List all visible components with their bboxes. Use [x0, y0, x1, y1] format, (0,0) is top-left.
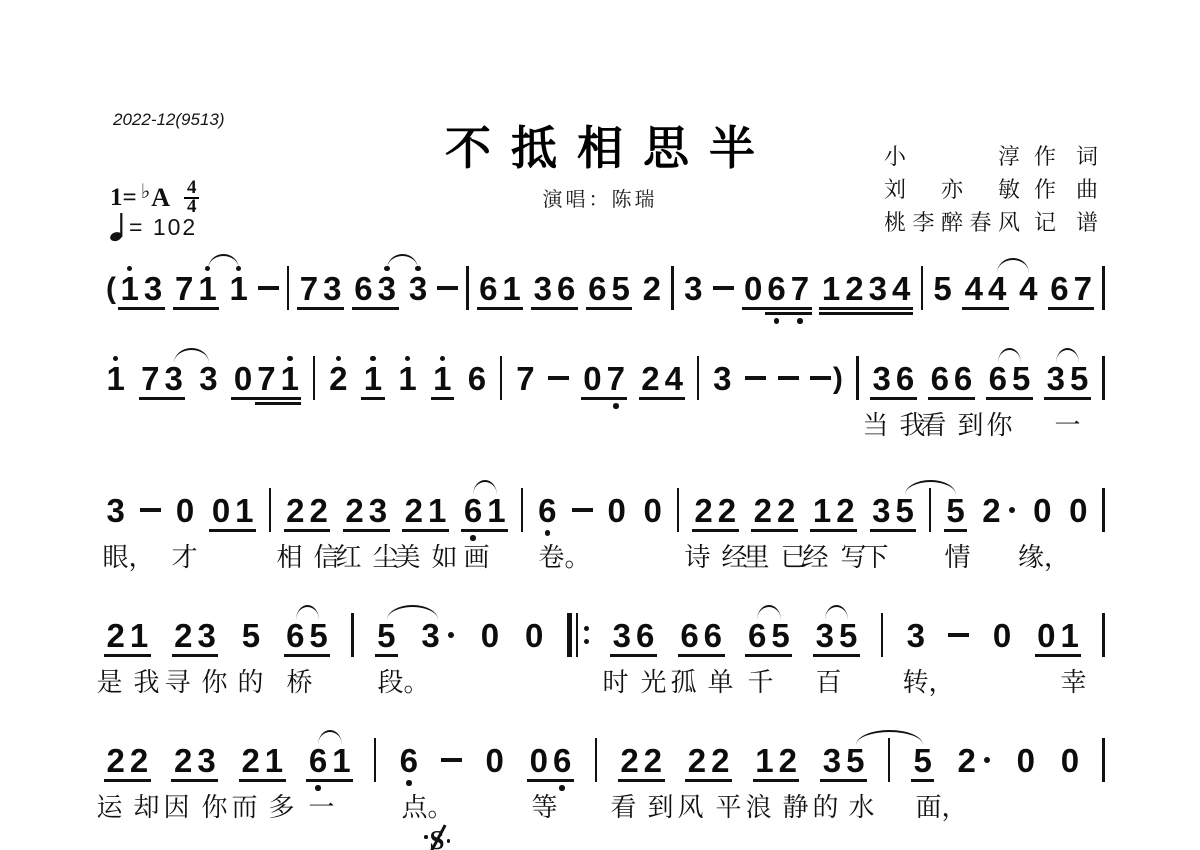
underline: [477, 307, 500, 310]
lyric-syllable: 经: [803, 541, 829, 575]
note: 7: [255, 362, 278, 395]
underline: [870, 397, 893, 400]
lyric-syllable: 风: [678, 791, 704, 825]
underline: [375, 307, 398, 310]
note-group: 0: [1014, 744, 1037, 777]
lyric-syllable: 桥: [287, 666, 313, 700]
note-group: 067: [742, 272, 812, 305]
quarter-note-icon: [110, 212, 124, 242]
lyric-syllable: 你: [202, 666, 228, 700]
underline: [307, 529, 330, 532]
underline: [985, 307, 1008, 310]
note: 0: [581, 362, 604, 395]
tempo-value: = 102: [129, 214, 197, 241]
lyric-syllable: 因: [164, 791, 190, 825]
note: 1: [127, 619, 150, 652]
underline: [195, 779, 218, 782]
barline: [1102, 738, 1105, 782]
note: 6: [678, 619, 701, 652]
note: 1: [819, 272, 842, 305]
underline: [819, 312, 842, 315]
dash-note: [140, 508, 161, 512]
note: 2: [685, 744, 708, 777]
underline: [769, 654, 792, 657]
barline: [921, 266, 924, 310]
tie-arc: [757, 605, 781, 620]
lyric-syllable: 多: [269, 791, 295, 825]
note-group: 36: [870, 362, 917, 395]
note: 7: [604, 362, 627, 395]
note: 2: [104, 744, 127, 777]
note: 3: [162, 362, 185, 395]
note-group: 1234: [819, 272, 912, 305]
underline: [776, 779, 799, 782]
underline: [1048, 307, 1071, 310]
note-group: 22: [284, 494, 331, 527]
tie-arc: [825, 605, 848, 620]
octave-dot-high: [336, 356, 342, 362]
note: 1: [1058, 619, 1081, 652]
lyrics-row: 是我寻你的桥段。时光孤单千百转，幸: [104, 666, 1105, 702]
underline: [375, 654, 398, 657]
note: 0: [1031, 494, 1054, 527]
note: 3: [904, 619, 927, 652]
note: 3: [141, 272, 164, 305]
note: 3: [104, 494, 127, 527]
underline: [1067, 397, 1090, 400]
lyric-syllable: 寻: [165, 666, 191, 700]
note: 1: [485, 494, 508, 527]
note-group: 2: [327, 362, 350, 395]
barline: [521, 488, 524, 532]
note: 0: [1014, 744, 1037, 777]
note: 7: [297, 272, 320, 305]
note-group: 73: [297, 272, 344, 305]
note: 0: [990, 619, 1013, 652]
lyric-syllable: 点。: [402, 791, 454, 825]
underline: [753, 779, 776, 782]
note-group: 36: [610, 619, 657, 652]
underline: [774, 529, 797, 532]
note: 4: [1017, 272, 1040, 305]
underline: [889, 312, 912, 315]
notes-row: 300122232161600222212355200: [104, 490, 1105, 530]
composer-role: 作曲: [1034, 173, 1098, 206]
underline: [844, 779, 867, 782]
augmentation-dot: [1009, 507, 1015, 513]
underline: [765, 307, 788, 310]
note: 6: [928, 362, 951, 395]
lyric-syllable: 相: [277, 541, 303, 575]
octave-dot-high: [440, 356, 446, 362]
lyric-syllable: 红: [336, 541, 362, 575]
octave-dot-low: [406, 780, 412, 786]
music-line-5: 222321616006222212355200 运却因你而多一点。等看到风平浪…: [104, 740, 1105, 780]
note: 2: [618, 744, 641, 777]
underline: [715, 529, 738, 532]
underline: [751, 529, 774, 532]
note: 3: [375, 272, 398, 305]
note: 0: [478, 619, 501, 652]
note: 3: [813, 619, 836, 652]
note-group: 2: [640, 272, 663, 305]
note-group: 12: [753, 744, 800, 777]
lyric-syllable: 我: [134, 666, 160, 700]
transcriber-role: 记谱: [1034, 206, 1098, 239]
note-group: 21: [402, 494, 449, 527]
note: 6: [550, 744, 573, 777]
lyric-syllable: 画: [464, 541, 490, 575]
underline: [866, 312, 889, 315]
note-group: 23: [343, 494, 390, 527]
barline: [269, 488, 272, 532]
note-group: 06: [527, 744, 574, 777]
note: 3: [406, 272, 429, 305]
note: 0: [1067, 494, 1090, 527]
note-group: 6: [397, 744, 420, 777]
note-group: 22: [692, 494, 739, 527]
underline: [609, 307, 632, 310]
note-group: 61: [461, 494, 508, 527]
note: 6: [745, 619, 768, 652]
underline: [692, 529, 715, 532]
octave-dot-high: [370, 356, 376, 362]
note: 1: [196, 272, 219, 305]
underline: [928, 397, 951, 400]
note: 3: [610, 619, 633, 652]
note: 2: [776, 744, 799, 777]
barline: [1102, 356, 1105, 400]
barline: [500, 356, 503, 400]
note: 0: [605, 494, 628, 527]
underline: [172, 654, 195, 657]
underline: [284, 654, 307, 657]
key-signature: 1=♭A 4 4: [110, 180, 199, 215]
underline: [1009, 397, 1032, 400]
underline: [239, 779, 262, 782]
note-group: 65: [986, 362, 1033, 395]
barline: [466, 266, 469, 310]
underline: [962, 307, 985, 310]
underline: [255, 402, 278, 405]
music-line-4: 21235655300366665353001 是我寻你的桥段。时光孤单千百转，…: [104, 615, 1105, 655]
underline: [307, 654, 330, 657]
note: 6: [586, 272, 609, 305]
underline: [843, 312, 866, 315]
lyricist-role: 作词: [1034, 140, 1098, 173]
note-group: 3: [197, 362, 220, 395]
note-group: 1: [104, 362, 127, 395]
lyric-syllable: 一: [309, 791, 335, 825]
note: 5: [307, 619, 330, 652]
underline: [278, 402, 301, 405]
note: 6: [465, 362, 488, 395]
underline: [321, 307, 344, 310]
octave-dot-low: [613, 403, 619, 409]
note: 3: [197, 362, 220, 395]
note: 6: [536, 494, 559, 527]
note: 6: [893, 362, 916, 395]
underline: [425, 529, 448, 532]
barline: [697, 356, 700, 400]
octave-dot-low: [559, 785, 565, 791]
octave-dot-low: [545, 530, 551, 536]
underline: [209, 529, 232, 532]
note-group: 66: [678, 619, 725, 652]
note-group: 21: [104, 619, 151, 652]
note: 5: [1009, 362, 1032, 395]
note: 3: [870, 362, 893, 395]
note-group: 3: [104, 494, 127, 527]
underline: [352, 307, 375, 310]
note-group: 0: [483, 744, 506, 777]
dash-note: [258, 286, 279, 290]
augmentation-dot: [984, 757, 990, 763]
open-paren: (: [104, 272, 118, 305]
underline: [709, 779, 732, 782]
dash-note: [437, 286, 458, 290]
underline: [171, 779, 194, 782]
note: 0: [742, 272, 765, 305]
octave-dot-low: [797, 318, 803, 324]
underline: [834, 529, 857, 532]
note-group: 65: [586, 272, 633, 305]
note: 6: [986, 362, 1009, 395]
note-group: 24: [639, 362, 686, 395]
lyric-syllable: 等: [532, 791, 558, 825]
underline: [1035, 654, 1058, 657]
note: 3: [366, 494, 389, 527]
tie-arc: [1056, 348, 1079, 363]
octave-dot-high: [287, 356, 293, 362]
note: 2: [284, 494, 307, 527]
underline: [820, 779, 843, 782]
credits-block: 小淳 作词 刘亦敏 作曲 桃李醉春风 记谱: [884, 140, 1098, 239]
note: 5: [931, 272, 954, 305]
dash-note: [745, 376, 766, 380]
underline: [127, 654, 150, 657]
note-group: 7: [514, 362, 537, 395]
note: 0: [231, 362, 254, 395]
note-group: 0: [990, 619, 1013, 652]
lyric-syllable: 浪: [746, 791, 772, 825]
lyric-syllable: 美: [395, 541, 421, 575]
barline: [671, 266, 674, 310]
note-group: 0: [173, 494, 196, 527]
note-group: 23: [171, 744, 218, 777]
lyric-syllable: 百: [816, 666, 842, 700]
underline: [685, 779, 708, 782]
note-group: 3: [419, 619, 457, 652]
note-group: 12: [810, 494, 857, 527]
underline: [866, 307, 889, 310]
note: 3: [321, 272, 344, 305]
note: 5: [375, 619, 398, 652]
note-group: 01: [209, 494, 256, 527]
lyric-syllable: 看: [611, 791, 637, 825]
underline: [639, 397, 662, 400]
note-group: 5: [931, 272, 954, 305]
underline: [196, 307, 219, 310]
note: 5: [769, 619, 792, 652]
note: 5: [836, 619, 859, 652]
barline: [856, 356, 859, 400]
underline: [742, 307, 765, 310]
lyrics-row: 运却因你而多一点。等看到风平浪静的水面，: [104, 791, 1105, 827]
underline: [765, 312, 788, 315]
note-group: 35: [820, 744, 867, 777]
underline: [527, 779, 550, 782]
lyric-syllable: 缘，: [1018, 541, 1070, 575]
note: 1: [278, 362, 301, 395]
barline: [595, 738, 598, 782]
time-signature: 4 4: [184, 180, 200, 215]
underline: [531, 307, 554, 310]
underline: [678, 654, 701, 657]
note: 4: [985, 272, 1008, 305]
dash-note: [778, 376, 799, 380]
octave-dot-low: [315, 785, 321, 791]
note: 2: [327, 362, 350, 395]
lyric-syllable: 水: [849, 791, 875, 825]
underline: [141, 307, 164, 310]
underline: [284, 529, 307, 532]
note-group: 07: [581, 362, 628, 395]
note: 4: [662, 362, 685, 395]
lyric-syllable: 是: [97, 666, 123, 700]
tie-arc: [856, 730, 923, 745]
lyric-syllable: 到: [958, 409, 984, 443]
notes-row: (1371173633613665230671234544467: [104, 268, 1105, 308]
note-group: 2: [955, 744, 993, 777]
key-letter: A: [151, 183, 170, 213]
underline: [634, 654, 657, 657]
underline: [366, 529, 389, 532]
notes-row: 222321616006222212355200: [104, 740, 1105, 780]
lyric-syllable: 的: [813, 791, 839, 825]
underline: [745, 654, 768, 657]
note-group: 6: [536, 494, 559, 527]
credit-row: 刘亦敏 作曲: [884, 173, 1098, 206]
underline: [361, 397, 384, 400]
note: 2: [715, 494, 738, 527]
note-group: 61: [477, 272, 524, 305]
underline: [262, 779, 285, 782]
note: 1: [810, 494, 833, 527]
note: 3: [195, 744, 218, 777]
note: 7: [1071, 272, 1094, 305]
note: 6: [352, 272, 375, 305]
note: 1: [431, 362, 454, 395]
underline: [893, 529, 916, 532]
note: 3: [870, 494, 893, 527]
tie-arc: [387, 254, 418, 269]
underline: [162, 397, 185, 400]
lyric-syllable: 情: [945, 541, 971, 575]
note-group: (13: [104, 272, 165, 305]
underline: [813, 654, 836, 657]
tie-arc: [208, 254, 239, 269]
music-line-1: (1371173633613665230671234544467: [104, 268, 1105, 308]
note-group: 36: [531, 272, 578, 305]
underline: [431, 397, 454, 400]
note-group: 3: [406, 272, 429, 305]
note: 6: [461, 494, 484, 527]
underline: [255, 397, 278, 400]
note-group: 2: [980, 494, 1018, 527]
key-prefix: 1=: [110, 184, 137, 212]
note-group: 5: [239, 619, 262, 652]
underline: [306, 779, 329, 782]
note-group: 22: [104, 744, 151, 777]
underline: [297, 307, 320, 310]
barline: [287, 266, 290, 310]
note: 1: [104, 362, 127, 395]
underline: [195, 654, 218, 657]
note-group: 66: [928, 362, 975, 395]
underline: [550, 779, 573, 782]
lyrics-row: 眼，才相信红尘美如画卷。诗经里已经写下情缘，: [104, 541, 1105, 577]
note: 5: [239, 619, 262, 652]
note: 2: [641, 744, 664, 777]
note: 2: [980, 494, 1018, 527]
note: 2: [104, 619, 127, 652]
lyric-syllable: 如: [432, 541, 458, 575]
note-group: 1: [227, 272, 250, 305]
dash-note: [572, 508, 593, 512]
note: 2: [774, 494, 797, 527]
note-group: 1: [396, 362, 419, 395]
barline: [1102, 266, 1105, 310]
underline: [233, 529, 256, 532]
dash-note: [713, 286, 734, 290]
barline: [313, 356, 316, 400]
segno-icon: S: [422, 826, 452, 850]
note-group: 071: [231, 362, 301, 395]
augmentation-dot: [448, 632, 454, 638]
lyric-syllable: 单: [708, 666, 734, 700]
tie-arc: [174, 348, 209, 363]
tie-arc: [997, 258, 1029, 273]
note-group: 1: [431, 362, 454, 395]
note-group: 0: [522, 619, 545, 652]
segno-dot: [424, 835, 428, 839]
barline: [374, 738, 377, 782]
lyric-syllable: 却: [134, 791, 160, 825]
octave-dot-low: [470, 535, 476, 541]
credit-row: 小淳 作词: [884, 140, 1098, 173]
close-paren: ): [831, 362, 845, 395]
barline: [881, 613, 884, 657]
note-group: 35: [870, 494, 917, 527]
underline: [1044, 397, 1067, 400]
note: 7: [788, 272, 811, 305]
tie-arc: [387, 605, 439, 620]
note: 2: [955, 744, 993, 777]
note: 6: [951, 362, 974, 395]
lyricist-name: 小淳: [884, 140, 1020, 173]
underline: [581, 397, 604, 400]
lyric-syllable: 里: [744, 541, 770, 575]
note: 6: [306, 744, 329, 777]
note: 5: [609, 272, 632, 305]
lyric-syllable: 卷。: [539, 541, 591, 575]
note: 7: [139, 362, 162, 395]
note: 1: [118, 272, 141, 305]
tie-arc: [905, 480, 956, 495]
underline: [836, 654, 859, 657]
note: 5: [844, 744, 867, 777]
